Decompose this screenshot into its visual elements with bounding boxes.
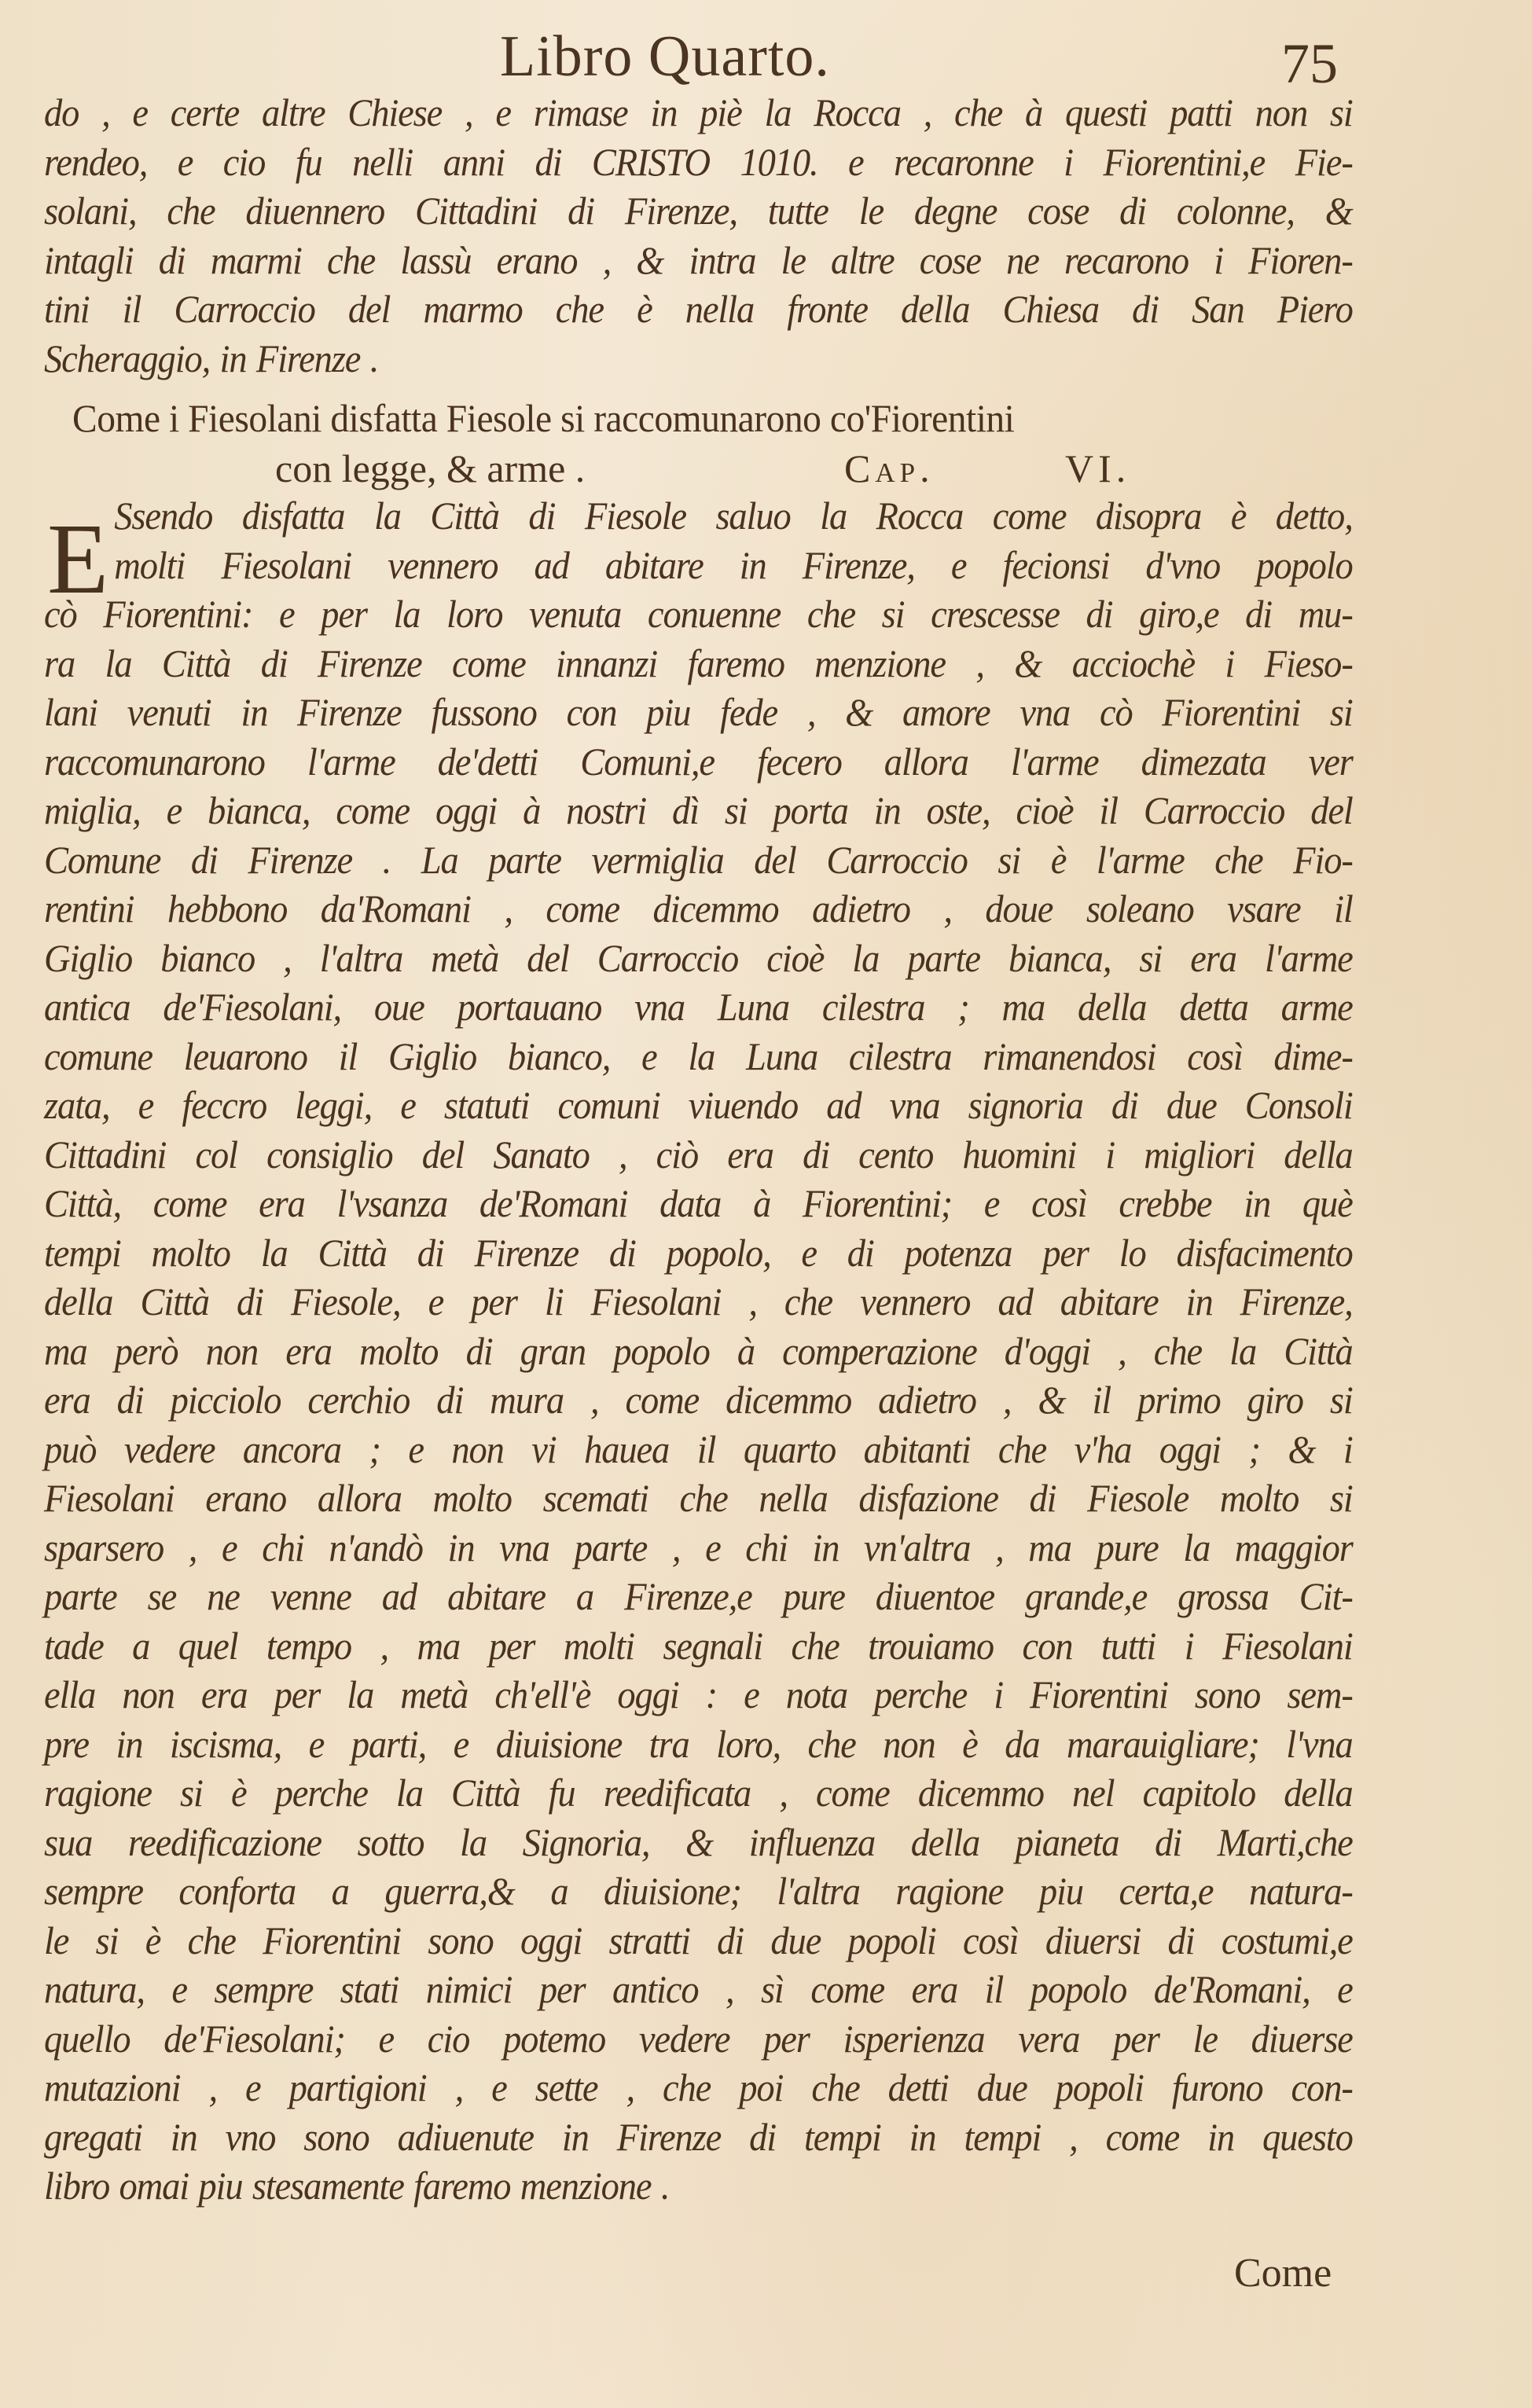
chapter-title-line2: con legge, & arme . Cap. VI. [72, 443, 1330, 494]
text-line: sua reedificazione sotto la Signoria, & … [44, 1818, 1353, 1867]
chapter-label: Cap. [844, 443, 935, 494]
running-title: Libro Quarto. [500, 24, 830, 90]
running-head: Libro Quarto. 75 [0, 24, 1532, 94]
text-line: intagli di marmi che lassù erano , & int… [44, 236, 1353, 285]
text-line: tade a quel tempo , ma per molti segnali… [44, 1621, 1353, 1671]
text-line: Comune di Firenze . La parte vermiglia d… [44, 835, 1353, 885]
text-line: gregati in vno sono adiuenute in Firenze… [44, 2113, 1353, 2162]
page-number: 75 [1281, 31, 1338, 97]
chapter-body: Ssendo disfatta la Città di Fiesole salu… [44, 491, 1353, 2211]
text-line: pre in iscisma, e parti, e diuisione tra… [44, 1720, 1353, 1769]
text-line: zata, e feccro leggi, e statuti comuni v… [44, 1081, 1353, 1130]
text-line: quello de'Fiesolani; e cio potemo vedere… [44, 2014, 1353, 2064]
text-line: ella non era per la metà ch'ell'è oggi :… [44, 1670, 1353, 1720]
book-page: Libro Quarto. 75 do , e certe altre Chie… [0, 0, 1532, 2408]
text-line: può vedere ancora ; e non vi hauea il qu… [44, 1425, 1353, 1474]
text-line: antica de'Fiesolani, oue portauano vna L… [44, 982, 1353, 1032]
text-line: solani, che diuennero Cittadini di Firen… [44, 186, 1353, 236]
text-line: ragione si è perche la Città fu reedific… [44, 1768, 1353, 1818]
text-line: molti Fiesolani vennero ad abitare in Fi… [44, 541, 1353, 590]
text-line: sparsero , e chi n'andò in vna parte , e… [44, 1523, 1353, 1573]
text-line: Giglio bianco , l'altra metà del Carrocc… [44, 934, 1353, 983]
text-line: Cittadini col consiglio del Sanato , ciò… [44, 1130, 1353, 1180]
text-line: ra la Città di Firenze come innanzi fare… [44, 639, 1353, 688]
text-line: le si è che Fiorentini sono oggi stratti… [44, 1916, 1353, 1966]
text-line: raccomunarono l'arme de'detti Comuni,e f… [44, 737, 1353, 787]
text-line: tempi molto la Città di Firenze di popol… [44, 1228, 1353, 1278]
text-line: miglia, e bianca, come oggi à nostri dì … [44, 786, 1353, 835]
text-line: do , e certe altre Chiese , e rimase in … [44, 88, 1353, 138]
chapter-title-line1: Come i Fiesolani disfatta Fiesole si rac… [72, 393, 1267, 443]
text-line: Ssendo disfatta la Città di Fiesole salu… [44, 491, 1353, 541]
text-line: natura, e sempre stati nimici per antico… [44, 1965, 1353, 2014]
text-line: cò Fiorentini: e per la loro venuta conu… [44, 589, 1353, 639]
text-line: della Città di Fiesole, e per li Fiesola… [44, 1277, 1353, 1327]
text-line: comune leuarono il Giglio bianco, e la L… [44, 1032, 1353, 1081]
text-line: mutazioni , e partigioni , e sette , che… [44, 2063, 1353, 2113]
text-line: ma però non era molto di gran popolo à c… [44, 1327, 1353, 1376]
chapter-heading: Come i Fiesolani disfatta Fiesole si rac… [72, 393, 1330, 494]
text-line: libro omai piu stesamente faremo menzion… [44, 2161, 1353, 2211]
text-line: era di picciolo cerchio di mura , come d… [44, 1375, 1353, 1425]
chapter-title-continuation: con legge, & arme . [275, 443, 585, 494]
text-line: tini il Carroccio del marmo che è nella … [44, 284, 1353, 334]
text-line: rentini hebbono da'Romani , come dicemmo… [44, 884, 1353, 934]
text-line: lani venuti in Firenze fussono con piu f… [44, 688, 1353, 737]
catchword: Come [1234, 2250, 1332, 2296]
chapter-number: VI. [1065, 443, 1130, 494]
text-line: sempre conforta a guerra,& a diuisione; … [44, 1867, 1353, 1916]
text-line: parte se ne venne ad abitare a Firenze,e… [44, 1572, 1353, 1621]
top-paragraph: do , e certe altre Chiese , e rimase in … [44, 88, 1353, 383]
text-line: Città, come era l'vsanza de'Romani data … [44, 1179, 1353, 1228]
text-line: Scheraggio, in Firenze . [44, 334, 1353, 384]
text-line: Fiesolani erano allora molto scemati che… [44, 1474, 1353, 1523]
text-line: rendeo, e cio fu nelli anni di CRISTO 10… [44, 138, 1353, 187]
